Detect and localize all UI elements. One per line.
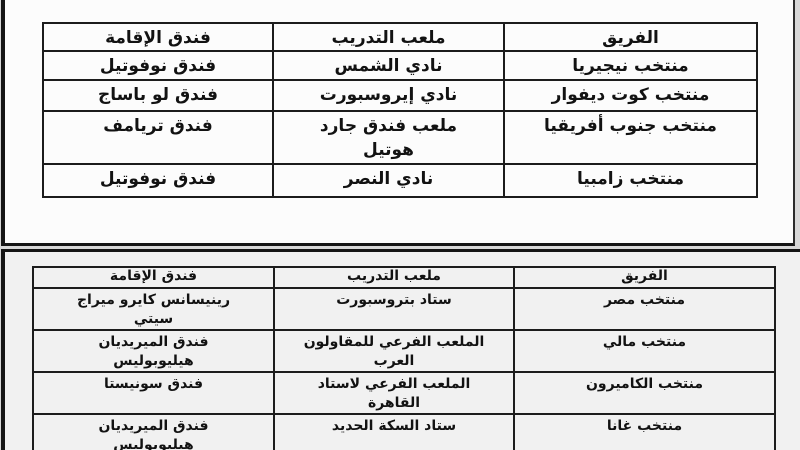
table-cell: ستاد بتروسبورت (274, 288, 514, 330)
table-cell: منتخب مصر (514, 288, 775, 330)
slide-top: الفريقملعب التدريبفندق الإقامة منتخب نيج… (1, 0, 795, 246)
table-cell: منتخب مالي (514, 330, 775, 372)
table-cell: ستاد السكة الحديد (274, 414, 514, 450)
column-header: فندق الإقامة (33, 267, 274, 288)
table-cell: منتخب غانا (514, 414, 775, 450)
table-cell: منتخب كوت ديفوار (504, 80, 757, 111)
table-cell: فندق الميريديان هيليوبوليس (33, 414, 274, 450)
table-cell: ملعب فندق جارد هوتيل (273, 111, 504, 164)
header-row: الفريقملعب التدريبفندق الإقامة (43, 23, 757, 51)
table-cell: نادي النصر (273, 164, 504, 197)
teams-table-1: الفريقملعب التدريبفندق الإقامة منتخب نيج… (42, 22, 758, 198)
table-cell: فندق سونيستا (33, 372, 274, 414)
table-body: منتخب نيجيريانادي الشمسفندق نوفوتيلمنتخب… (43, 51, 757, 197)
table-row: منتخب غاناستاد السكة الحديدفندق الميريدي… (33, 414, 775, 450)
table-cell: منتخب زامبيا (504, 164, 757, 197)
table-cell: فندق لو باساج (43, 80, 273, 111)
table-cell: نادي الشمس (273, 51, 504, 80)
column-header: الفريق (514, 267, 775, 288)
table-cell: الملعب الفرعي لاستاد القاهرة (274, 372, 514, 414)
column-header: ملعب التدريب (273, 23, 504, 51)
table-row: منتخب جنوب أفريقياملعب فندق جارد هوتيلفن… (43, 111, 757, 164)
table-row: منتخب كوت ديفوارنادي إيروسبورتفندق لو با… (43, 80, 757, 111)
page: { "colors": { "page_bg": "#d8d8d8", "pan… (0, 0, 800, 450)
table-cell: نادي إيروسبورت (273, 80, 504, 111)
table-cell: رينيسانس كايرو ميراج سيتي (33, 288, 274, 330)
table-cell: فندق نوفوتيل (43, 164, 273, 197)
table-header-row: الفريقملعب التدريبفندق الإقامة (33, 267, 775, 288)
table-row: منتخب الكاميرونالملعب الفرعي لاستاد القا… (33, 372, 775, 414)
table-row: منتخب زامبيانادي النصرفندق نوفوتيل (43, 164, 757, 197)
table-row: منتخب مصرستاد بتروسبورترينيسانس كايرو مي… (33, 288, 775, 330)
table-cell: منتخب جنوب أفريقيا (504, 111, 757, 164)
table-cell: الملعب الفرعي للمقاولون العرب (274, 330, 514, 372)
header-row: الفريقملعب التدريبفندق الإقامة (33, 267, 775, 288)
table-body: منتخب مصرستاد بتروسبورترينيسانس كايرو مي… (33, 288, 775, 450)
table-cell: منتخب الكاميرون (514, 372, 775, 414)
column-header: الفريق (504, 23, 757, 51)
table-row: منتخب ماليالملعب الفرعي للمقاولون العربف… (33, 330, 775, 372)
column-header: ملعب التدريب (274, 267, 514, 288)
table-cell: فندق نوفوتيل (43, 51, 273, 80)
table-cell: فندق تريامف (43, 111, 273, 164)
table-cell: منتخب نيجيريا (504, 51, 757, 80)
table-row: منتخب نيجيريانادي الشمسفندق نوفوتيل (43, 51, 757, 80)
slide-bottom: الفريقملعب التدريبفندق الإقامة منتخب مصر… (1, 249, 800, 450)
table-header-row: الفريقملعب التدريبفندق الإقامة (43, 23, 757, 51)
column-header: فندق الإقامة (43, 23, 273, 51)
teams-table-2: الفريقملعب التدريبفندق الإقامة منتخب مصر… (32, 266, 776, 450)
table-cell: فندق الميريديان هيليوبوليس (33, 330, 274, 372)
